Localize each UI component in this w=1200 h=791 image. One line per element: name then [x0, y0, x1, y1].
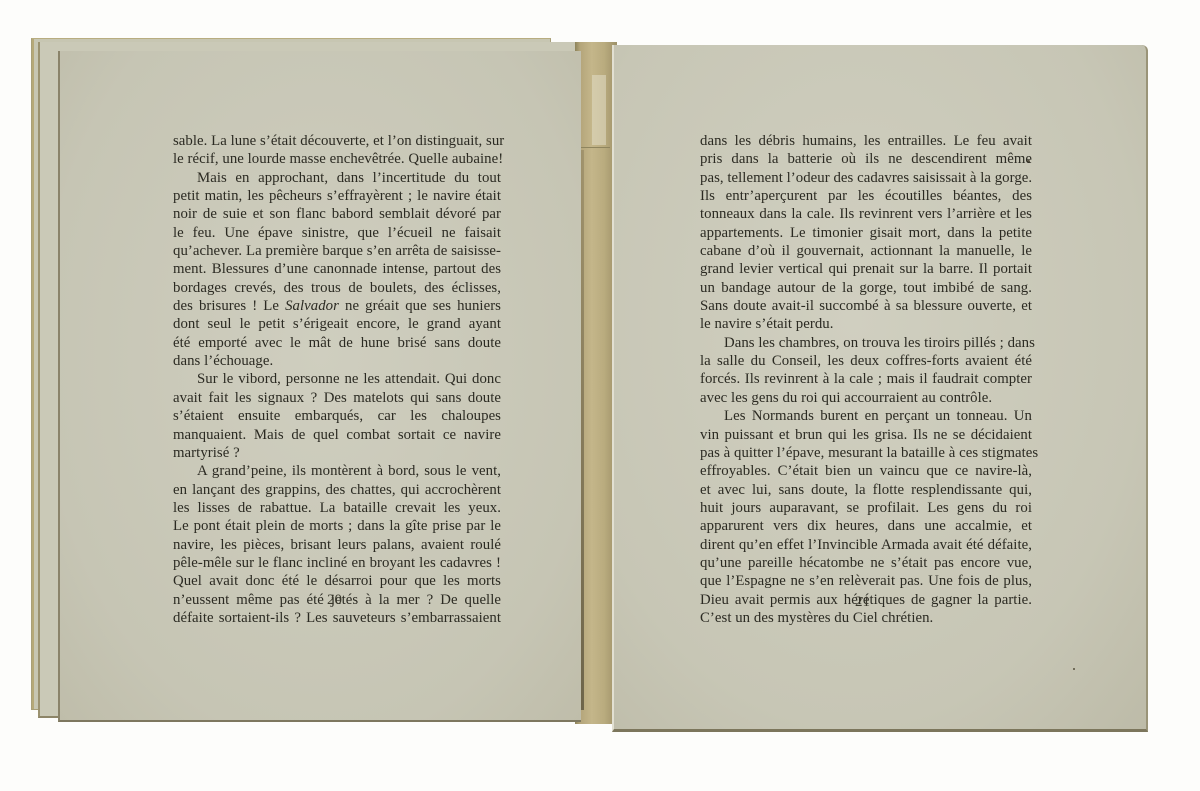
text-line: dans les débris humains, les entrailles.… — [700, 132, 1032, 150]
text-line: pas, tellement l’odeur des cadavres sais… — [700, 169, 1032, 187]
text-line: bordages crevés, des trous de boulets, d… — [173, 279, 501, 297]
text-line: été emporté avec le mât de hune brisé sa… — [173, 334, 501, 352]
text-line: pris dans la batterie où ils ne descendi… — [700, 150, 1032, 168]
text-line: défaite sortaient-ils ? Les sauveteurs s… — [173, 609, 501, 627]
text-line: Sans doute avait-il succombé à sa blessu… — [700, 297, 1032, 315]
text-line: que l’Espagne ne s’en relèverait pas. Un… — [700, 572, 1032, 590]
text-line: cabane d’où il gouvernait, actionnant la… — [700, 242, 1032, 260]
text-line: manquaient. Mais de quel combat sortait … — [173, 426, 501, 444]
paper-speck — [1073, 668, 1075, 670]
text-line: ment. Blessures d’une canonnade intense,… — [173, 260, 501, 278]
text-line: s’étaient ensuite embarqués, car les cha… — [173, 407, 501, 425]
text-line: apparurent vers dix heures, dans une acc… — [700, 517, 1032, 535]
text-line: pêle-mêle sur le flanc incliné en broyan… — [173, 554, 501, 572]
text-line: huit jours auparavant, se profilait. Les… — [700, 499, 1032, 517]
text-line: sable. La lune s’était découverte, et l’… — [173, 132, 501, 150]
text-line: avec les gens du roi qui accourraient au… — [700, 389, 1032, 407]
text-line: tonneaux dans la cale. Ils revinrent ver… — [700, 205, 1032, 223]
text-line: Le pont était plein de morts ; dans la g… — [173, 517, 501, 535]
text-line: Dans les chambres, on trouva les tiroirs… — [700, 334, 1032, 352]
text-line: qu’une pareille hécatombe ne s’était pas… — [700, 554, 1032, 572]
text-line: Les Normands burent en perçant un tonnea… — [700, 407, 1032, 425]
text-line: Sur le vibord, personne ne les attendait… — [173, 370, 501, 388]
text-line: des brisures ! Le Salvador ne gréait que… — [173, 297, 501, 315]
text-line: appartements. Le timonier gisait mort, d… — [700, 224, 1032, 242]
ship-name: Salvador — [285, 298, 339, 314]
text-line: le récif, une lourde masse enchevêtrée. … — [173, 150, 501, 168]
text-line: dont seul le petit s’érigeait encore, le… — [173, 315, 501, 333]
text-line: petit matin, les pêcheurs s’effrayèrent … — [173, 187, 501, 205]
text-line: Ils entr’aperçurent par les écoutilles b… — [700, 187, 1032, 205]
spine-crease — [580, 147, 610, 148]
text-line: et avec lui, sans doute, la flotte respl… — [700, 481, 1032, 499]
text-line: Quel avait donc été le désarroi pour que… — [173, 572, 501, 590]
text-line: qu’achever. La première barque s’en arrê… — [173, 242, 501, 260]
text-line: navire, les pièces, brisant leurs palans… — [173, 536, 501, 554]
text-line: C’est un des mystères du Ciel chrétien. — [700, 609, 1032, 627]
text-line: un bandage autour de la gorge, tout imbi… — [700, 279, 1032, 297]
text-line: pas à quitter l’épave, mesurant la batai… — [700, 444, 1032, 462]
text-line: Mais en approchant, dans l’incertitude d… — [173, 169, 501, 187]
spine-highlight — [592, 75, 606, 145]
text-line: les lisses de rabattue. La bataille crev… — [173, 499, 501, 517]
left-page-text: sable. La lune s’était découverte, et l’… — [173, 132, 501, 627]
page-number-left: 20 — [327, 592, 342, 609]
text-line: A grand’peine, ils montèrent à bord, sou… — [173, 462, 501, 480]
text-line: martyrisé ? — [173, 444, 501, 462]
text-line: effroyables. C’était bien un vaincu que … — [700, 462, 1032, 480]
text-line: la salle du Conseil, les deux coffres-fo… — [700, 352, 1032, 370]
text-line: grand levier vertical qui prenait sur la… — [700, 260, 1032, 278]
text-line: vin puissant et brun qui les grisa. Ils … — [700, 426, 1032, 444]
text-line: noir de suie et son flanc babord semblai… — [173, 205, 501, 223]
text-line: avait fait les signaux ? Des matelots qu… — [173, 389, 501, 407]
text-line: en lançant des grappins, des chattes, qu… — [173, 481, 501, 499]
text-line: forcés. Ils revinrent à la cale ; mais i… — [700, 370, 1032, 388]
right-page-text: dans les débris humains, les entrailles.… — [700, 132, 1032, 627]
page-number-right: 21 — [855, 594, 870, 611]
text-line: dans l’échouage. — [173, 352, 501, 370]
text-line: le navire s’était perdu. — [700, 315, 1032, 333]
text-line: le feu. Une épave sinistre, que l’écueil… — [173, 224, 501, 242]
text-line: dirent qu’en effet l’Invincible Armada a… — [700, 536, 1032, 554]
